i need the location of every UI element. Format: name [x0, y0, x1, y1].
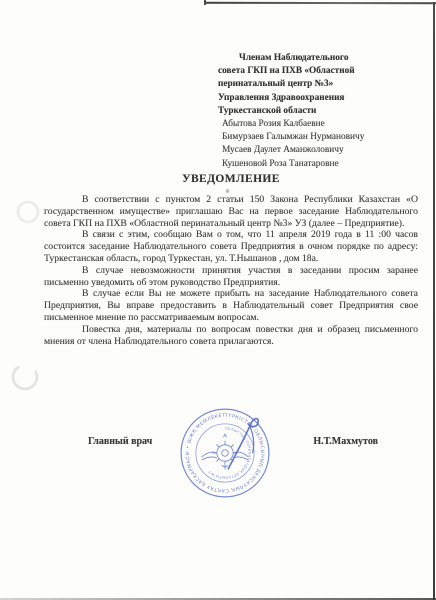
addressee-line: Членам Наблюдательного	[218, 52, 430, 65]
addressee-member-name: Абытова Розия Калбаевне	[218, 118, 430, 131]
addressee-member-name: Мусаев Даулет Аманжоловичу	[218, 144, 430, 157]
hole-punch-mark	[17, 201, 39, 223]
addressee-member-name: Бимурзаев Галымжан Нурмановичу	[218, 131, 430, 144]
paragraph-written-opinion: В случае если Вы не можете прибыть на за…	[44, 288, 418, 323]
stamp-outer-ring	[181, 409, 269, 497]
stamp-inner-ring	[196, 424, 254, 482]
scan-edge-notch	[204, 0, 206, 5]
addressee-member-name: Кушеновой Роза Танатаровне	[218, 158, 430, 171]
paragraph-attachments: Повестка дня, материалы по вопросам пове…	[44, 324, 418, 348]
paragraph-meeting-details: В связи с этим, сообщаю Вам о том, что 1…	[44, 229, 418, 264]
handwritten-signature	[228, 419, 258, 470]
document-title: УВЕДОМЛЕНИЕ	[44, 173, 418, 185]
scan-speck	[226, 189, 229, 193]
paragraph-legal-basis: В соответствии с пунктом 2 статьи 150 За…	[44, 194, 418, 229]
addressee-block: Членам Наблюдательного совета ГКП на ПХВ…	[218, 52, 430, 171]
paragraph-absence-notice: В случае невозможности принятия участия …	[44, 265, 418, 289]
scan-edge-right	[433, 2, 435, 600]
official-stamp: ТҮРКІСТАН ОБЛЫСЫНЫҢ ДЕНСАУЛЫҚ САҚТАУ БАС…	[177, 405, 273, 501]
addressee-line: Управления Здравоохранения	[218, 92, 430, 105]
addressee-line: Туркестанской области	[218, 105, 430, 118]
addressee-line: перинатальный центр №3»	[218, 78, 430, 91]
body-text: В соответствии с пунктом 2 статьи 150 За…	[44, 194, 418, 347]
signer-name: Н.Т.Махмутов	[313, 436, 378, 447]
scan-edge-top	[204, 2, 436, 5]
hole-punch-mark	[9, 361, 41, 393]
signer-position: Главный врач	[88, 436, 152, 447]
kazakhstan-emblem-icon	[202, 434, 249, 469]
document-page: Членам Наблюдательного совета ГКП на ПХВ…	[0, 0, 436, 600]
addressee-line: совета ГКП на ПХВ «Областной	[218, 65, 430, 78]
